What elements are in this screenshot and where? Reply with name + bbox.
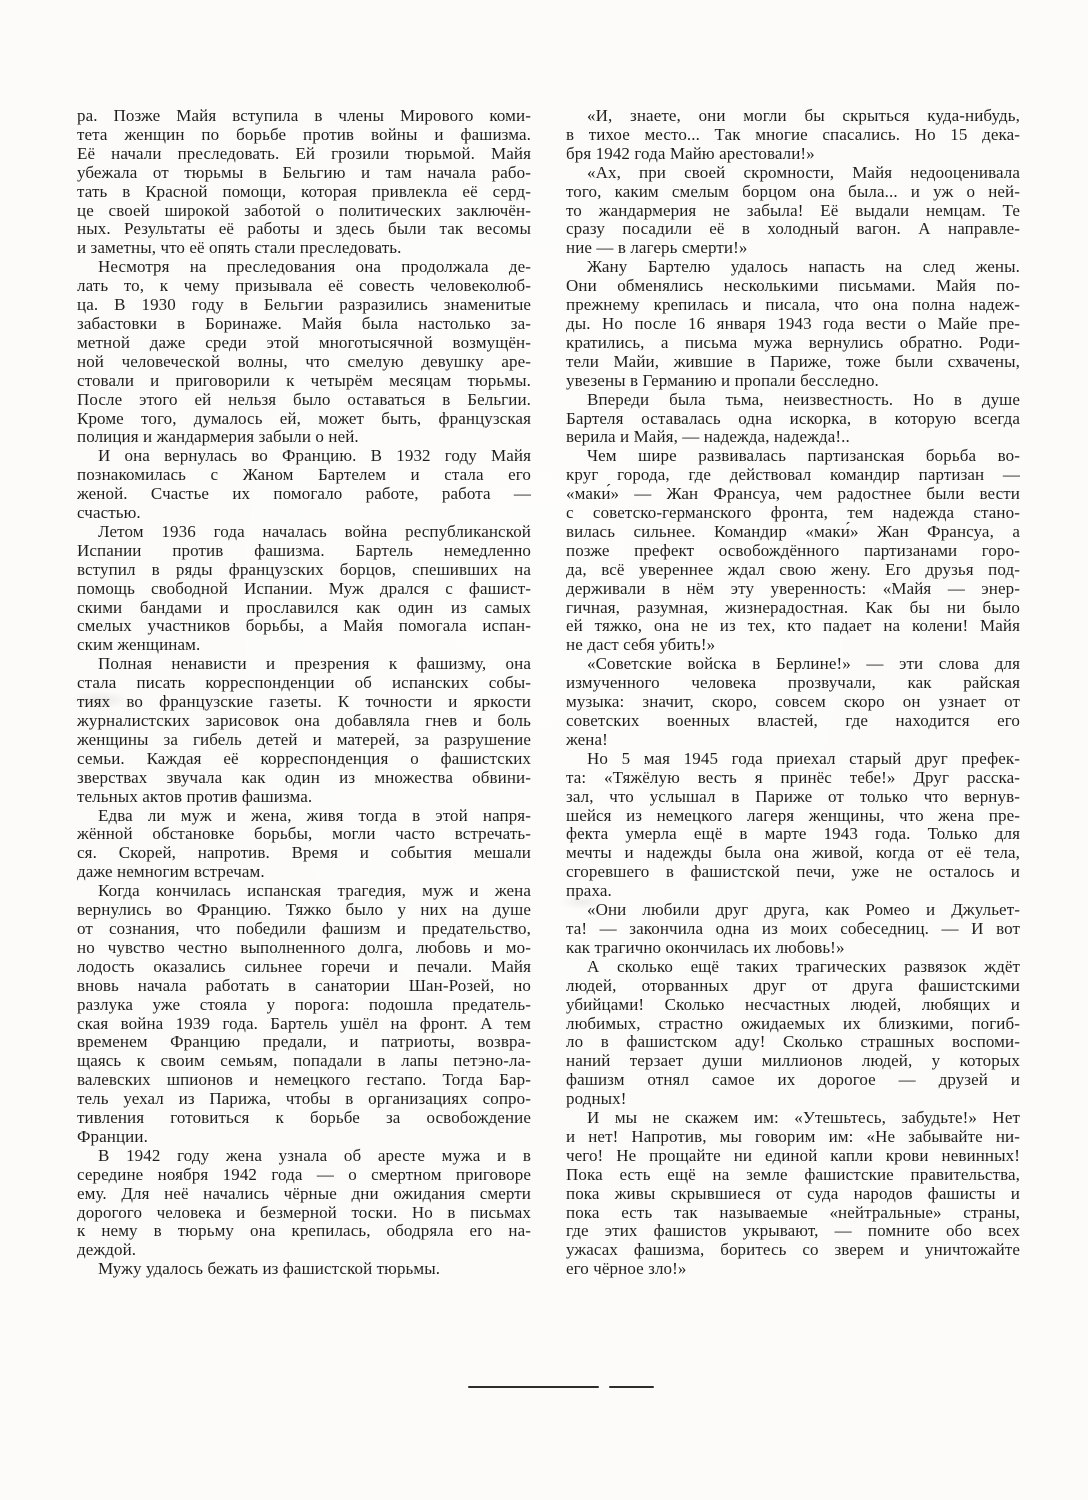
paragraph: И мы не скажем им: «Утешьтесь, забудьте!… — [566, 1109, 1020, 1279]
text-line: ся. Скорей, напротив. Время и события ме… — [77, 844, 531, 863]
text-line: не даст себя убить!» — [566, 636, 1020, 655]
text-line: мечты и надежды была она живой, когда от… — [566, 844, 1020, 863]
paragraph: Когда кончилась испанская трагедия, муж … — [77, 882, 531, 1147]
text-line: ных. Результаты её работы и здесь были т… — [77, 220, 531, 239]
text-line: метной даже среди этой многотысячной воз… — [77, 334, 531, 353]
text-line: даже немногим встречам. — [77, 863, 531, 882]
text-line: наний терзает души миллионов людей, у ко… — [566, 1052, 1020, 1071]
paragraph: Но 5 мая 1945 года приехал старый друг п… — [566, 750, 1020, 901]
text-line: Жану Бартелю удалось напасть на след жен… — [566, 258, 1020, 277]
text-line: Едва ли муж и жена, живя тогда в этой на… — [77, 807, 531, 826]
text-line: людей, оторванных друг от друга фашистск… — [566, 977, 1020, 996]
text-line: Её начали преследовать. Ей грозили тюрьм… — [77, 145, 531, 164]
divider-segment — [468, 1386, 599, 1388]
text-line: увезены в Германию и пропали бесследно. — [566, 372, 1020, 391]
text-line: в тихое место... Так многие спасались. Н… — [566, 126, 1020, 145]
text-line: женой. Счастье их помогало работе, работ… — [77, 485, 531, 504]
text-line: сразу посадили её в холодный вагон. А на… — [566, 220, 1020, 239]
paragraph: Летом 1936 года началась война республик… — [77, 523, 531, 655]
text-line: прежнему крепилась и писала, что она пол… — [566, 296, 1020, 315]
text-line: Впереди была тьма, неизвестность. Но в д… — [566, 391, 1020, 410]
text-line: позже префект освобождённого партизанами… — [566, 542, 1020, 561]
paragraph: «Ах, при своей скромности, Майя недооцен… — [566, 164, 1020, 259]
text-line: середине ноября 1942 года — о смертном п… — [77, 1166, 531, 1185]
text-line: шейся из немецкого лагеря женщины, что ж… — [566, 807, 1020, 826]
text-line: любимых, страстно ожидаемых их близкими,… — [566, 1015, 1020, 1034]
text-line: ским женщинам. — [77, 636, 531, 655]
paragraph: Мужу удалось бежать из фашистской тюрьмы… — [77, 1260, 531, 1279]
text-line: от сознания, что победили фашизм и преда… — [77, 920, 531, 939]
text-line: Бартеля оставалась одна искорка, в котор… — [566, 410, 1020, 429]
text-line: зверствах звучала как один из множества … — [77, 769, 531, 788]
scanned-book-page: ра. Позже Майя вступила в члены Мирового… — [0, 0, 1088, 1500]
text-line: советских военных властей, где находится… — [566, 712, 1020, 731]
paragraph: Впереди была тьма, неизвестность. Но в д… — [566, 391, 1020, 448]
text-line: Пока есть ещё на земле фашистские правит… — [566, 1166, 1020, 1185]
text-line: пока живы скрывшиеся от суда народов фаш… — [566, 1185, 1020, 1204]
text-line: гичная, разумная, жизнерадостная. Как бы… — [566, 599, 1020, 618]
text-line: праха. — [566, 882, 1020, 901]
text-line: тели Майи, жившие в Париже, тоже были сх… — [566, 353, 1020, 372]
paragraph: Несмотря на преследования она продолжала… — [77, 258, 531, 447]
text-line: Полная ненависти и презрения к фашизму, … — [77, 655, 531, 674]
text-line: це своей широкой заботой о политических … — [77, 202, 531, 221]
paragraph: И она вернулась во Францию. В 1932 году … — [77, 447, 531, 523]
text-line: лодость оказались сильнее горечи и печал… — [77, 958, 531, 977]
divider-segment — [609, 1386, 654, 1388]
text-line: круг города, где действовал командир пар… — [566, 466, 1020, 485]
text-line: смелых участников борьбы, а Майя помогал… — [77, 617, 531, 636]
text-line: ца. В 1930 году в Бельгии разразились зн… — [77, 296, 531, 315]
text-line: После этого ей нельзя было оставаться в … — [77, 391, 531, 410]
paragraph: «Они любили друг друга, как Ромео и Джул… — [566, 901, 1020, 958]
paragraph: Жану Бартелю удалось напасть на след жен… — [566, 258, 1020, 390]
text-line: В 1942 году жена узнала об аресте мужа и… — [77, 1147, 531, 1166]
text-line: тета женщин по борьбе против войны и фаш… — [77, 126, 531, 145]
paragraph: А сколько ещё таких трагических развязок… — [566, 958, 1020, 1109]
text-line: познакомилась с Жаном Бартелем и стала е… — [77, 466, 531, 485]
text-line: Франции. — [77, 1128, 531, 1147]
text-line: вступил в ряды французских борцов, спеши… — [77, 561, 531, 580]
text-line: лать то, к чему призывала её совесть чел… — [77, 277, 531, 296]
text-line: чего! Не прощайте ни единой капли крови … — [566, 1147, 1020, 1166]
text-line: тиях во французские газеты. К точности и… — [77, 693, 531, 712]
text-line: ужасах фашизма, боритесь со зверем и уни… — [566, 1241, 1020, 1260]
text-line: щаясь к своим семьям, попадали в лапы пе… — [77, 1052, 531, 1071]
text-line: да, всё увереннее ждал свою жену. Его др… — [566, 561, 1020, 580]
text-line: тельных актов против фашизма. — [77, 788, 531, 807]
text-line: Кроме того, думалось ей, может быть, фра… — [77, 410, 531, 429]
text-line: журналистских зарисовок она добавляла гн… — [77, 712, 531, 731]
text-line: измученного человека прозвучали, как рай… — [566, 674, 1020, 693]
text-line: его чёрное зло!» — [566, 1260, 1020, 1279]
text-line: «Советские войска в Берлине!» — эти слов… — [566, 655, 1020, 674]
text-line: фекта умерла ещё в марте 1943 года. Толь… — [566, 825, 1020, 844]
column-right: «И, знаете, они могли бы скрыться куда-н… — [566, 107, 1020, 1279]
text-line: музыка: значит, скоро, совсем скоро он у… — [566, 693, 1020, 712]
text-line: то жандармерия не забыла! Её выдали немц… — [566, 202, 1020, 221]
text-line: пока есть так называемые «нейтральные» с… — [566, 1204, 1020, 1223]
text-line: «маки́» — Жан Франсуа, чем радостнее был… — [566, 485, 1020, 504]
text-line: фашизм отнял самое их дорогое — друзей и — [566, 1071, 1020, 1090]
text-line: Чем шире развивалась партизанская борьба… — [566, 447, 1020, 466]
text-line: та! — закончила одна из моих собеседниц.… — [566, 920, 1020, 939]
column-left: ра. Позже Майя вступила в члены Мирового… — [77, 107, 531, 1279]
text-columns: ра. Позже Майя вступила в члены Мирового… — [77, 107, 1020, 1279]
paragraph: Чем шире развивалась партизанская борьба… — [566, 447, 1020, 655]
paragraph: Едва ли муж и жена, живя тогда в этой на… — [77, 807, 531, 883]
text-line: И мы не скажем им: «Утешьтесь, забудьте!… — [566, 1109, 1020, 1128]
text-line: дорогого человека и безмерной тоски. Но … — [77, 1204, 531, 1223]
text-line: валевских шпионов и немецкого гестапо. Т… — [77, 1071, 531, 1090]
text-line: деждой. — [77, 1241, 531, 1260]
text-line: Они обменялись несколькими письмами. Май… — [566, 277, 1020, 296]
text-line: И она вернулась во Францию. В 1932 году … — [77, 447, 531, 466]
footer-divider — [468, 1386, 654, 1389]
text-line: где этих фашистов укрывают, — помните об… — [566, 1222, 1020, 1241]
text-line: Испании против фашизма. Бартель немедлен… — [77, 542, 531, 561]
paragraph: Полная ненависти и презрения к фашизму, … — [77, 655, 531, 806]
text-line: разлука уже стояла у порога: подошла пре… — [77, 996, 531, 1015]
text-line: как трагично окончилась их любовь!» — [566, 939, 1020, 958]
text-line: та: «Тяжёлую весть я принёс тебе!» Друг … — [566, 769, 1020, 788]
text-line: ей тяжко, она не из тех, кто падает на к… — [566, 617, 1020, 636]
text-line: убежала от тюрьмы в Бельгию и там начала… — [77, 164, 531, 183]
text-line: Несмотря на преследования она продолжала… — [77, 258, 531, 277]
text-line: вновь начала работать в санатории Шан-Ро… — [77, 977, 531, 996]
text-line: верила и Майя, — надежда, надежда!.. — [566, 428, 1020, 447]
text-line: ды. Но после 16 января 1943 года вести о… — [566, 315, 1020, 334]
text-line: того, каким смелым борцом она была... и … — [566, 183, 1020, 202]
text-line: счастью. — [77, 504, 531, 523]
text-line: «Они любили друг друга, как Ромео и Джул… — [566, 901, 1020, 920]
text-line: вилась сильнее. Командир «маки́» Жан Фра… — [566, 523, 1020, 542]
text-line: тель уехал из Парижа, чтобы в организаци… — [77, 1090, 531, 1109]
text-line: тать в Красной помощи, которая привлекла… — [77, 183, 531, 202]
paragraph: «Советские войска в Берлине!» — эти слов… — [566, 655, 1020, 750]
text-line: семьи. Каждая её корреспонденция о фашис… — [77, 750, 531, 769]
text-line: скими бандами и прославился как один из … — [77, 599, 531, 618]
text-line: «Ах, при своей скромности, Майя недооцен… — [566, 164, 1020, 183]
text-line: и нет! Напротив, мы говорим им: «Не забы… — [566, 1128, 1020, 1147]
text-line: сгоревшего в фашистской печи, уже не ост… — [566, 863, 1020, 882]
text-line: к нему в тюрьму она крепилась, ободряла … — [77, 1222, 531, 1241]
text-line: бря 1942 года Майю арестовали!» — [566, 145, 1020, 164]
paragraph: В 1942 году жена узнала об аресте мужа и… — [77, 1147, 531, 1260]
text-line: А сколько ещё таких трагических развязок… — [566, 958, 1020, 977]
text-line: ной человеческой волны, что смелую девуш… — [77, 353, 531, 372]
text-line: ра. Позже Майя вступила в члены Мирового… — [77, 107, 531, 126]
text-line: женщины за гибель детей и матерей, за ра… — [77, 731, 531, 750]
text-line: ему. Для неё начались чёрные дни ожидани… — [77, 1185, 531, 1204]
text-line: Когда кончилась испанская трагедия, муж … — [77, 882, 531, 901]
text-line: тивления готовиться к борьбе за освобожд… — [77, 1109, 531, 1128]
text-line: убийцами! Сколько несчастных людей, любя… — [566, 996, 1020, 1015]
text-line: ние — в лагерь смерти!» — [566, 239, 1020, 258]
text-line: ская война 1939 года. Бартель ушёл на фр… — [77, 1015, 531, 1034]
text-line: полиция и жандармерия забыли о ней. — [77, 428, 531, 447]
text-line: стовали и приговорили к четырём месяцам … — [77, 372, 531, 391]
text-line: «И, знаете, они могли бы скрыться куда-н… — [566, 107, 1020, 126]
text-line: родных! — [566, 1090, 1020, 1109]
text-line: ло в фашистском аду! Сколько страшных во… — [566, 1033, 1020, 1052]
text-line: но чувство честно выполненного долга, лю… — [77, 939, 531, 958]
text-line: забастовки в Боринаже. Майя была настоль… — [77, 315, 531, 334]
text-line: Летом 1936 года началась война республик… — [77, 523, 531, 542]
text-line: жена! — [566, 731, 1020, 750]
paragraph: «И, знаете, они могли бы скрыться куда-н… — [566, 107, 1020, 164]
paragraph: ра. Позже Майя вступила в члены Мирового… — [77, 107, 531, 258]
text-line: зал, что услышал в Париже от только что … — [566, 788, 1020, 807]
text-line: помощь свободной Испании. Муж дрался с ф… — [77, 580, 531, 599]
text-line: и заметны, что её опять стали преследова… — [77, 239, 531, 258]
text-line: с советско-германского фронта, тем надеж… — [566, 504, 1020, 523]
text-line: Мужу удалось бежать из фашистской тюрьмы… — [77, 1260, 531, 1279]
text-line: вернулись во Францию. Тяжко было у них н… — [77, 901, 531, 920]
text-line: временем Францию предали, и патриоты, во… — [77, 1033, 531, 1052]
text-line: держивали в нём эту уверенность: «Майя —… — [566, 580, 1020, 599]
text-line: стала писать корреспонденции об испански… — [77, 674, 531, 693]
text-line: жённой обстановке борьбы, могли часто вс… — [77, 825, 531, 844]
text-line: Но 5 мая 1945 года приехал старый друг п… — [566, 750, 1020, 769]
text-line: кратились, а письма мужа вернулись обрат… — [566, 334, 1020, 353]
